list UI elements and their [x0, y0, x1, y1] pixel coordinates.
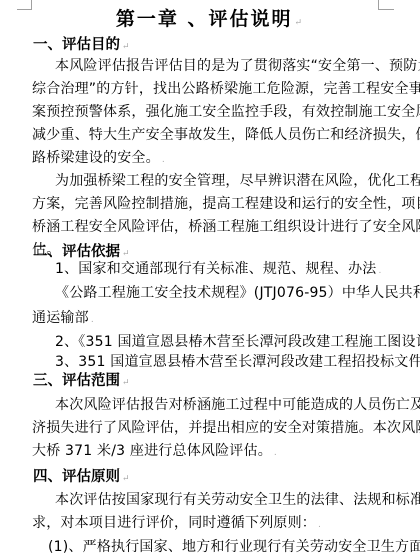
- section-heading-purpose[interactable]: 一、评估目的↵: [33, 36, 130, 56]
- body-line[interactable]: 求，对本项目进行评价，同时遵循下列原则：.: [32, 514, 384, 534]
- chapter-title-text: 第一章 、评估说明: [116, 8, 293, 30]
- section-heading-principles[interactable]: 四、评估原则↵: [33, 468, 130, 488]
- chapter-title[interactable]: 第一章 、评估说明↵: [0, 6, 420, 36]
- heading-text: 二、评估依据: [33, 243, 120, 260]
- section-heading-scope[interactable]: 三、评估范围↵: [33, 372, 130, 392]
- body-line[interactable]: 减少重、特大生产安全事故发生，降低人员伤亡和经济损失，保障公: [32, 126, 384, 144]
- paragraph-mark-icon: ↵: [122, 378, 130, 388]
- body-line[interactable]: 方案，完善风险控制措施，提高工程建设和运行的安全性，项目部将: [32, 195, 384, 213]
- document-page: 第一章 、评估说明↵ 一、评估目的↵ 本风险评估报告评估目的是为了贯彻落实“安全…: [0, 0, 420, 560]
- basis-item-2[interactable]: 2、《351 国道宣恩县椿木营至长潭河段改建工程施工图设计》.: [55, 333, 385, 353]
- body-line[interactable]: 路桥梁建设的安全。.: [32, 149, 384, 169]
- line-break-mark-icon: .: [379, 266, 382, 276]
- body-line[interactable]: 为加强桥梁工程的安全管理，尽早辨识潜在风险，优化工程建设: [55, 172, 385, 190]
- line-break-mark-icon: .: [318, 520, 321, 530]
- body-line[interactable]: 本次风险评估报告对桥涵施工过程中可能造成的人员伤亡及经: [55, 396, 385, 414]
- heading-text: 一、评估目的: [33, 36, 120, 53]
- heading-text: 四、评估原则: [33, 468, 120, 485]
- body-line-text: 1、国家和交通部现行有关标准、规范、规程、办法: [55, 261, 377, 277]
- body-line[interactable]: 济损失进行了风险评估，并提出相应的安全对策措施。本次风险评估: [32, 419, 384, 437]
- body-line[interactable]: 本风险评估报告评估目的是为了贯彻落实“安全第一、预防为主、: [55, 57, 385, 75]
- line-break-mark-icon: .: [162, 155, 165, 165]
- body-line[interactable]: 综合治理”的方针，找出公路桥梁施工危险源，完善工程安全事故预: [32, 80, 384, 98]
- heading-text: 三、评估范围: [33, 372, 120, 389]
- basis-item-1[interactable]: 1、国家和交通部现行有关标准、规范、规程、办法.: [55, 260, 385, 280]
- basis-item-regulation[interactable]: 《公路工程施工安全技术规程》(JTJ076-95）中华人民共和国交: [55, 284, 385, 302]
- body-line[interactable]: 本次评估按国家现行有关劳动安全卫生的法律、法规和标准要: [55, 491, 385, 509]
- paragraph-mark-icon: ↵: [122, 474, 130, 484]
- basis-item-3[interactable]: 3、351 国道宣恩县椿木营至长潭河段改建工程招投标文件.: [55, 353, 385, 373]
- paragraph-mark-icon: ↵: [122, 42, 130, 52]
- body-line-text: 2、《351 国道宣恩县椿木营至长潭河段改建工程施工图设计》: [55, 334, 420, 350]
- body-line[interactable]: 案预控预警体系，强化施工安全监控手段，有效控制施工安全风险，: [32, 103, 384, 121]
- paragraph-mark-icon: ↵: [122, 249, 130, 259]
- body-line-text: 通运输部: [32, 310, 89, 326]
- body-line-text: 求，对本项目进行评价，同时遵循下列原则：: [32, 515, 316, 531]
- line-break-mark-icon: .: [274, 448, 277, 458]
- principle-item-1[interactable]: (1)、严格执行国家、地方和行业现行有关劳动安全卫生方面的法: [48, 538, 400, 556]
- body-line-text: 3、351 国道宣恩县椿木营至长潭河段改建工程招投标文件: [55, 354, 420, 370]
- body-line-text: 大桥 371 米/3 座进行总体风险评估。: [32, 443, 272, 459]
- line-break-mark-icon: .: [91, 315, 94, 325]
- basis-item-regulation-cont[interactable]: 通运输部.: [32, 309, 384, 329]
- body-line[interactable]: 桥涵工程安全风险评估，桥涵工程施工组织设计进行了安全风险评: [32, 218, 384, 236]
- body-line-text: 路桥梁建设的安全。: [32, 150, 160, 166]
- paragraph-mark-icon: ↵: [295, 18, 305, 28]
- body-line[interactable]: 大桥 371 米/3 座进行总体风险评估。.: [32, 442, 384, 462]
